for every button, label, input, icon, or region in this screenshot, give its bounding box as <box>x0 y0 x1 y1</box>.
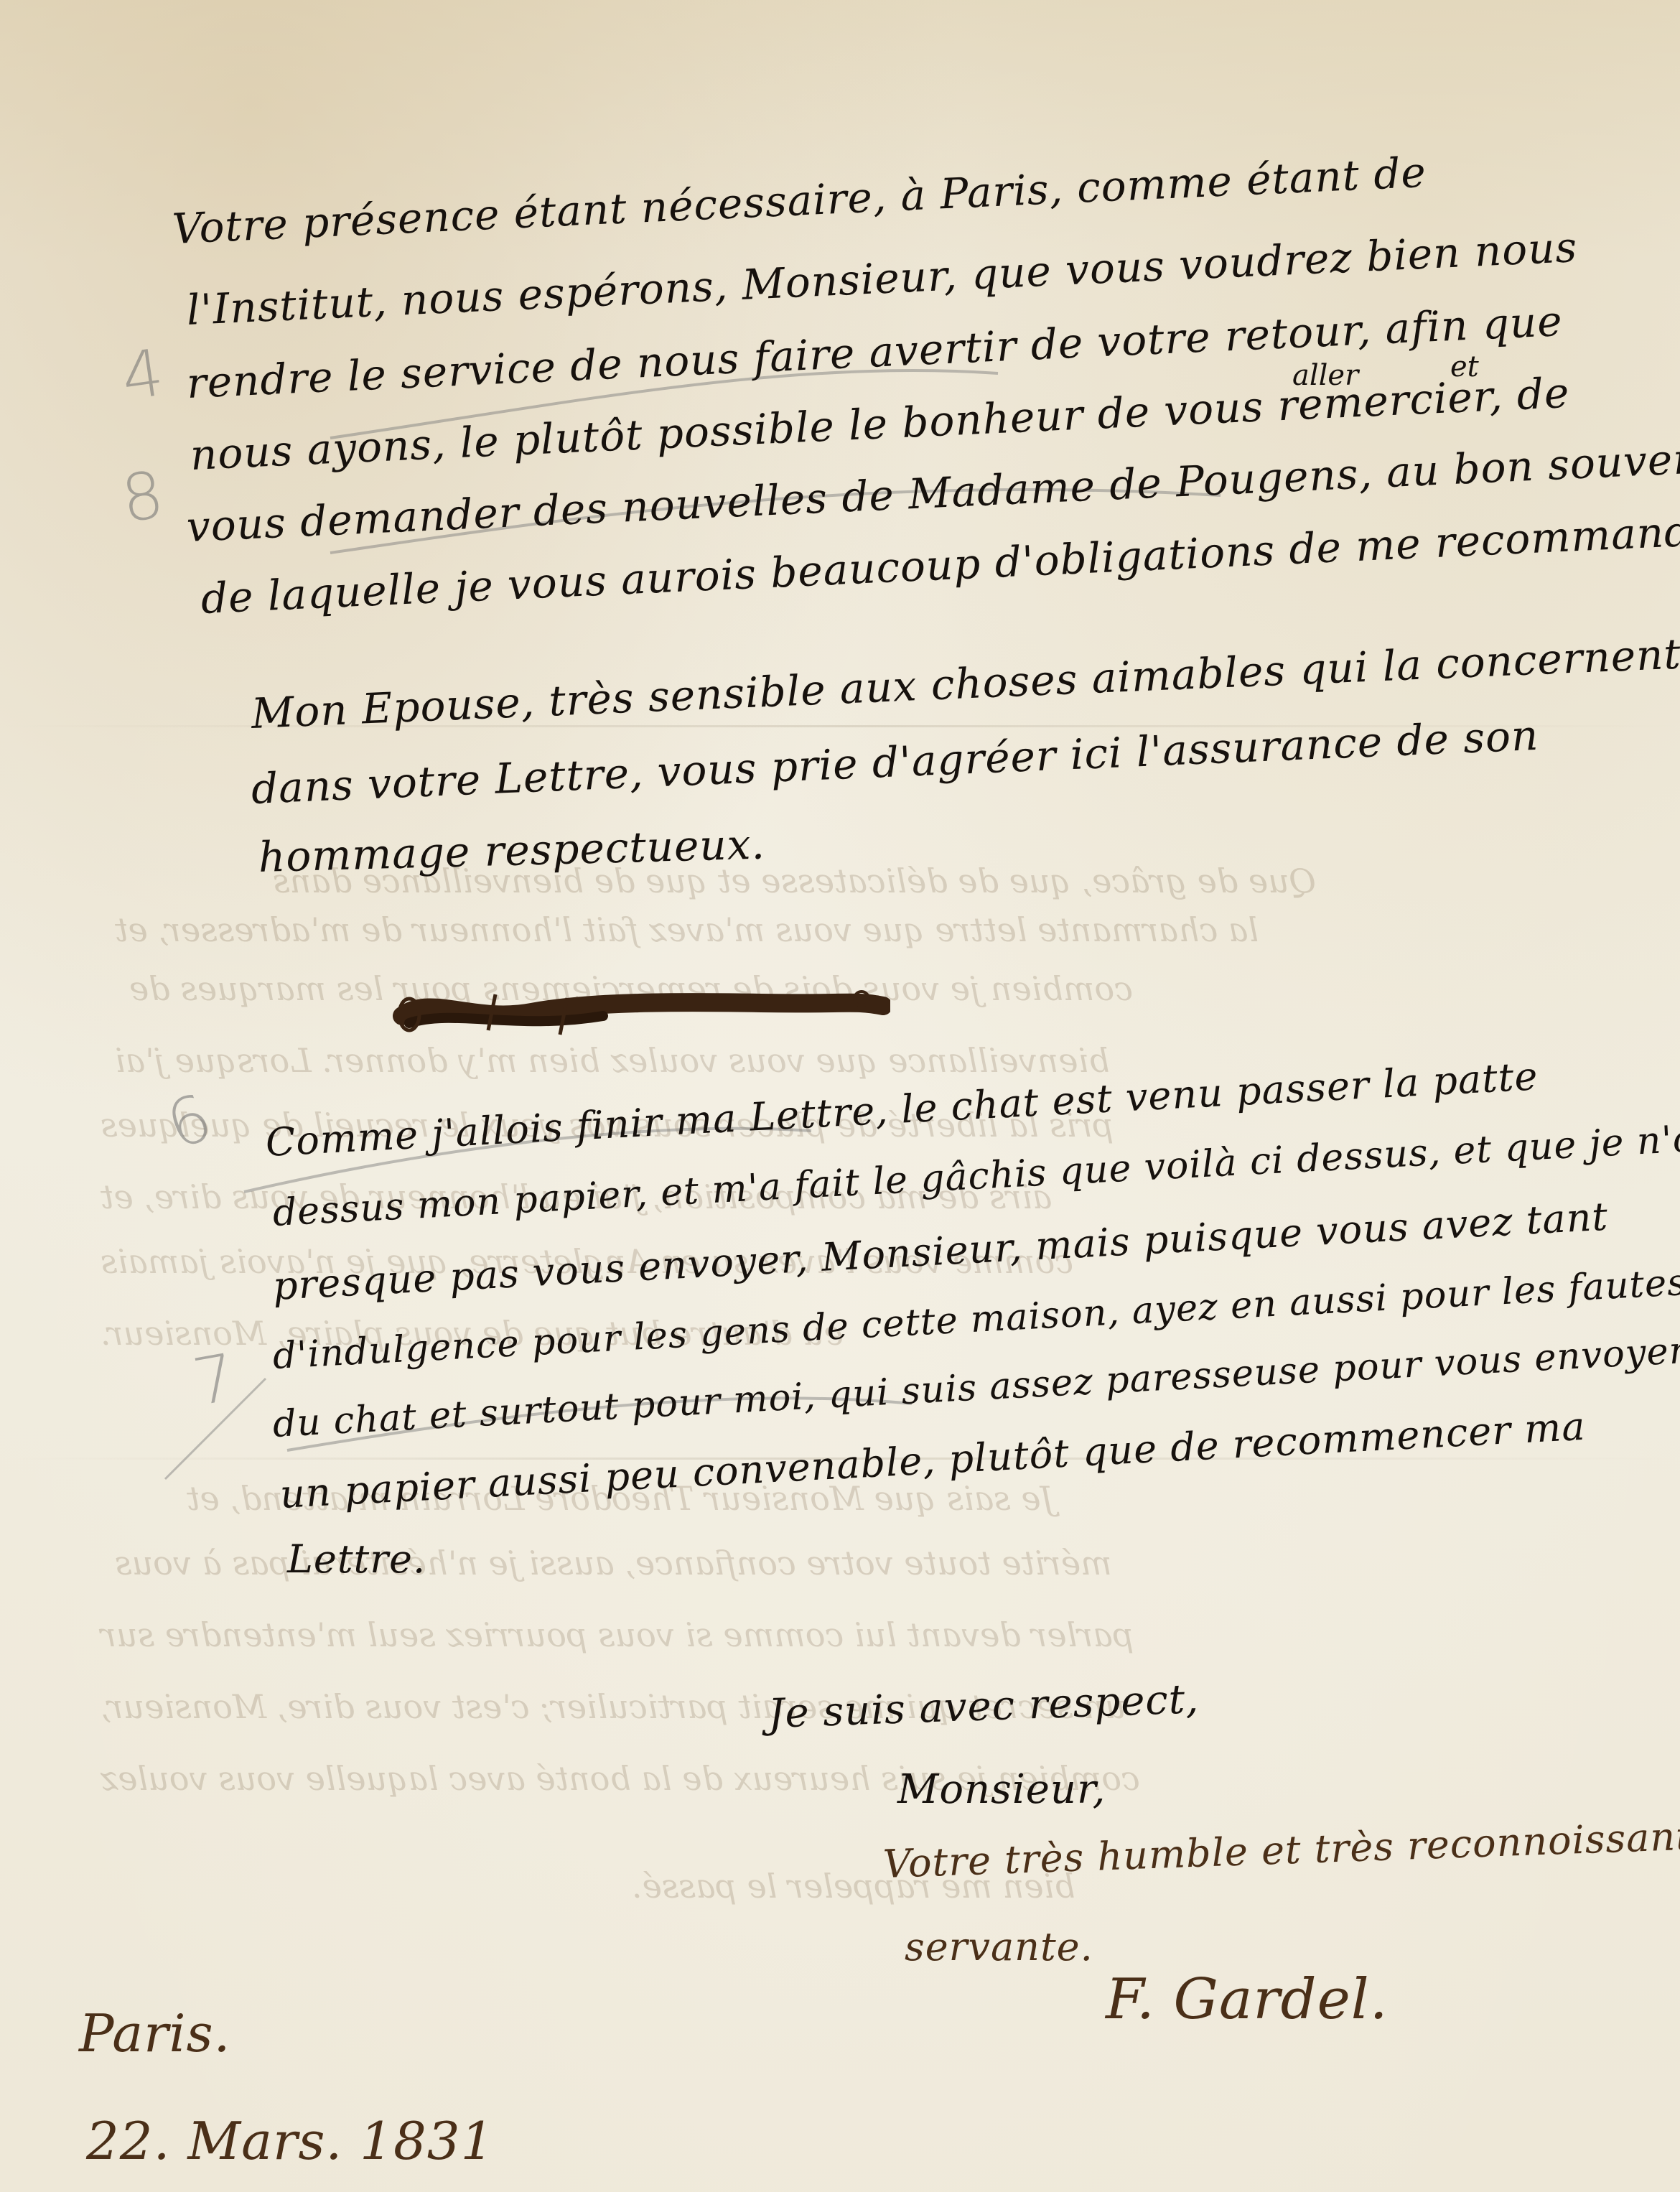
bleed-line: la charmante lettre que vous m'avez fait… <box>115 910 1259 949</box>
signature: F. Gardel. <box>1106 1967 1389 2032</box>
date: 22. Mars. 1831 <box>86 2111 494 2171</box>
body-line: Lettre. <box>287 1536 426 1582</box>
bleed-line: bienveillance que vous voulez bien m'y d… <box>115 1041 1110 1080</box>
bleed-line: mérite toute votre confiance, aussi je n… <box>115 1544 1112 1582</box>
margin-pencil-number: 4 <box>117 335 168 416</box>
closing-line: Je suis avec respect, <box>767 1676 1200 1738</box>
closing-line: Monsieur, <box>897 1766 1106 1813</box>
closing-line: Votre très humble et très reconnoissante <box>882 1813 1680 1887</box>
bleed-line: parler devant lui comme si vous pourriez… <box>101 1615 1134 1654</box>
ink-blot-strikethrough <box>388 987 890 1037</box>
margin-pencil-number: 8 <box>117 457 168 538</box>
place: Paris. <box>79 2003 230 2063</box>
closing-line: servante. <box>905 1924 1093 1969</box>
letter-page: Que de grâce, que de délicatesse et que … <box>0 0 1680 2192</box>
